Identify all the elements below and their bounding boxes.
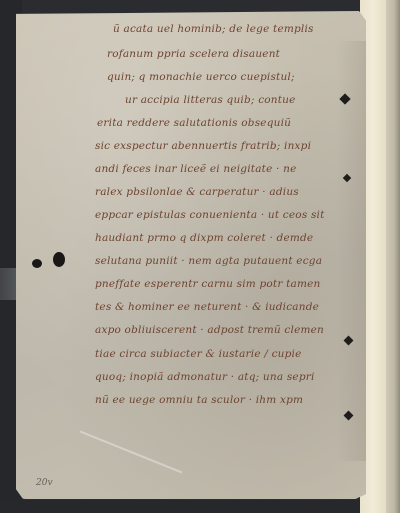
parchment-crease bbox=[80, 430, 183, 473]
text-line: sic exspectur abennuertis fratrib; inxpi bbox=[95, 140, 311, 152]
text-line: haudiant prmo q dixpm coleret · demde bbox=[95, 232, 313, 244]
text-line: tes & hominer ee neturent · & iudicande bbox=[95, 301, 319, 313]
text-line: ralex pbsilonlae & carperatur · adius bbox=[95, 186, 299, 198]
text-line: erita reddere salutationis obsequiũ bbox=[97, 117, 291, 129]
text-line: tiae circa subiacter & iustarie / cupie bbox=[95, 348, 302, 360]
text-line: ũ acata uel hominib; de lege templis bbox=[113, 23, 314, 35]
text-line: nũ ee uege omniu ta sculor · ihm xpm bbox=[95, 394, 303, 406]
text-line: selutana puniit · nem agta putauent ecga bbox=[95, 255, 322, 267]
text-line: andi feces inar liceẽ ei neigitate · ne bbox=[95, 163, 297, 175]
folio-number: 20v bbox=[36, 478, 53, 488]
text-line: pneffate esperentr carnu sim potr tamen bbox=[95, 278, 321, 290]
parchment-hole bbox=[53, 252, 65, 267]
text-line: quin; q monachie uerco cuepistul; bbox=[107, 71, 295, 83]
text-line: eppcar epistulas conuenienta · ut ceos s… bbox=[95, 209, 325, 221]
binding-edge bbox=[386, 0, 400, 513]
scan-background-bottom bbox=[0, 500, 400, 513]
text-line: rofanum ppria scelera disauent bbox=[107, 48, 280, 60]
text-line: axpo obliuiscerent · adpost tremũ clemen bbox=[95, 324, 324, 336]
text-line: ur accipia litteras quib; contue bbox=[125, 94, 296, 106]
text-line: quoq; inopiã admonatur · atq; una sepri bbox=[95, 371, 315, 383]
parchment-hole bbox=[32, 259, 42, 268]
